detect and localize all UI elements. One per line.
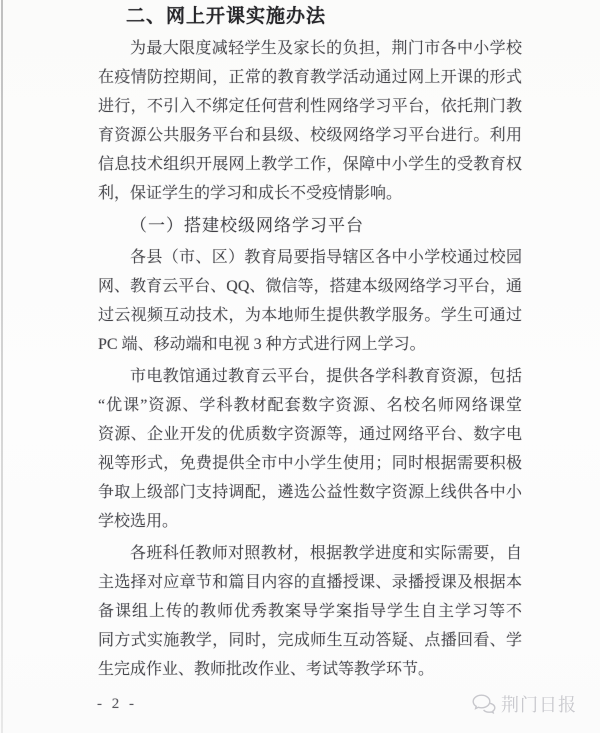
watermark: 荆门日报 bbox=[472, 691, 577, 717]
paragraph-block: 各班科任教师对照教材，根据教学进度和实际需要，自主选择对应章节和篇目内容的直播授… bbox=[98, 539, 522, 684]
text-line: 网、教育云平台、QQ、微信等，搭建本级网络学习平台，通 bbox=[98, 272, 522, 301]
text-line: 各班科任教师对照教材，根据教学进度和实际需要，自 bbox=[98, 539, 522, 568]
paragraph-block: 各县（市、区）教育局要指导辖区各中小学校通过校园网、教育云平台、QQ、微信等，搭… bbox=[98, 243, 522, 359]
text-line: PC 端、移动端和电视 3 种方式进行网上学习。 bbox=[98, 330, 522, 359]
watermark-text: 荆门日报 bbox=[501, 691, 577, 717]
scan-edge-line bbox=[1, 0, 3, 733]
scanned-document-page: 二、网上开课实施办法 为最大限度减轻学生及家长的负担，荆门市各中小学校在疫情防控… bbox=[0, 0, 600, 733]
text-line: 为最大限度减轻学生及家长的负担，荆门市各中小学校 bbox=[98, 34, 522, 63]
paragraph-block: 为最大限度减轻学生及家长的负担，荆门市各中小学校在疫情防控期间，正常的教育教学活… bbox=[98, 34, 522, 208]
chat-bubbles-icon bbox=[472, 694, 496, 714]
text-line: 生完成作业、教师批改作业、考试等教学环节。 bbox=[98, 655, 522, 684]
paragraphs-container: 为最大限度减轻学生及家长的负担，荆门市各中小学校在疫情防控期间，正常的教育教学活… bbox=[98, 34, 522, 684]
text-line: 利，保证学生的学习和成长不受疫情影响。 bbox=[98, 179, 522, 208]
text-line: 进行，不引入不绑定任何营利性网络学习平台，依托荆门教 bbox=[98, 92, 522, 121]
document-body: 二、网上开课实施办法 为最大限度减轻学生及家长的负担，荆门市各中小学校在疫情防控… bbox=[98, 2, 522, 684]
section-title: 二、网上开课实施办法 bbox=[98, 2, 522, 31]
text-line: 育资源公共服务平台和县级、校级网络学习平台进行。利用 bbox=[98, 121, 522, 150]
text-line: 同方式实施教学，同时，完成师生互动答疑、点播回看、学 bbox=[98, 626, 522, 655]
text-line: “优课”资源、学科教材配套数字资源、名校名师网络课堂 bbox=[98, 391, 522, 420]
text-line: 资源、企业开发的优质数字资源等，通过网络平台、数字电 bbox=[98, 420, 522, 449]
text-line: 过云视频互动技术，为本地师生提供教学服务。学生可通过 bbox=[98, 301, 522, 330]
page-number: - 2 - bbox=[97, 696, 137, 713]
text-line: 备课组上传的教师优秀教案导学案指导学生自主学习等不 bbox=[98, 597, 522, 626]
text-line: 视等形式，免费提供全市中小学生使用；同时根据需要积极 bbox=[98, 449, 522, 478]
text-line: 各县（市、区）教育局要指导辖区各中小学校通过校园 bbox=[98, 243, 522, 272]
text-line: 争取上级部门支持调配，遴选公益性数字资源上线供各中小 bbox=[98, 478, 522, 507]
text-line: 主选择对应章节和篇目内容的直播授课、录播授课及根据本 bbox=[98, 568, 522, 597]
text-line: 市电教馆通过教育云平台，提供各学科教育资源，包括 bbox=[98, 362, 522, 391]
text-line: 学校选用。 bbox=[98, 507, 522, 536]
paragraph-block: 市电教馆通过教育云平台，提供各学科教育资源，包括“优课”资源、学科教材配套数字资… bbox=[98, 362, 522, 536]
text-line: 信息技术组织开展网上教学工作，保障中小学生的受教育权 bbox=[98, 150, 522, 179]
text-line: （一）搭建校级网络学习平台 bbox=[98, 211, 522, 240]
text-line: 在疫情防控期间，正常的教育教学活动通过网上开课的形式 bbox=[98, 63, 522, 92]
heading-block: （一）搭建校级网络学习平台 bbox=[98, 211, 522, 240]
